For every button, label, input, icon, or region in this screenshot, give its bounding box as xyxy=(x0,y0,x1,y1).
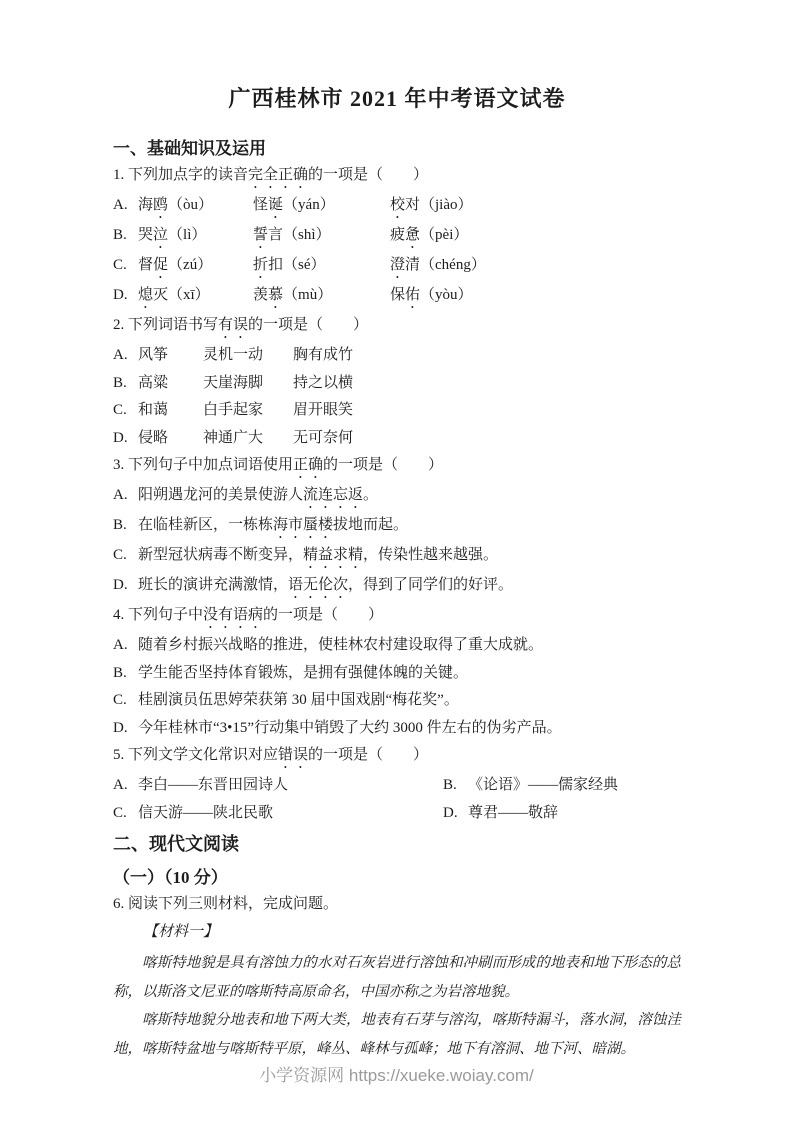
stem-text: 5. 下列文学文化常识对应 xyxy=(113,747,278,763)
option-cell: 保佑（yòu） xyxy=(390,282,473,312)
section-1-heading: 一、基础知识及运用 xyxy=(113,136,681,162)
word: 言（shì） xyxy=(268,227,331,243)
sentence: 班长的演讲充满激情， xyxy=(138,577,288,593)
stem-text: 1. 下列加点字的读音 xyxy=(113,167,248,183)
q1-option-c: C.督促（zú） 折扣（sé） 澄清（chéng） xyxy=(113,252,681,282)
word: 怪 xyxy=(253,197,268,213)
emphasized-text: 正确 xyxy=(293,457,323,473)
word: （yòu） xyxy=(420,287,473,303)
q5-option-b: B.《论语》——儒家经典 xyxy=(443,772,618,800)
option-label: B. xyxy=(113,222,138,250)
sentence: 今年桂林市“3•15”行动集中销毁了大约 3000 件左右的伪劣产品。 xyxy=(138,720,562,736)
option-label: C. xyxy=(113,542,138,570)
stem-text: 的一项是（ ） xyxy=(323,457,443,473)
option-label: B. xyxy=(113,370,138,398)
stem-text: 2. 下列词语书写 xyxy=(113,317,218,333)
option-label: D. xyxy=(443,800,468,828)
stem-text: 4. 下列句子中 xyxy=(113,607,203,623)
word: 疲 xyxy=(390,227,405,243)
word: 对（jiào） xyxy=(405,197,473,213)
word: （mù） xyxy=(283,287,332,303)
pair-text: 李白——东晋田园诗人 xyxy=(138,777,288,793)
q4-option-d: D.今年桂林市“3•15”行动集中销毁了大约 3000 件左右的伪劣产品。 xyxy=(113,715,681,743)
word: （òu） xyxy=(168,197,213,213)
sentence: 新型冠状病毒不断变异， xyxy=(138,547,303,563)
exam-paper-page: 广西桂林市 2021 年中考语文试卷 一、基础知识及运用 1. 下列加点字的读音… xyxy=(0,0,793,1122)
sentence: 。 xyxy=(363,487,378,503)
word: （zú） xyxy=(168,257,212,273)
dotted-char: 折 xyxy=(253,257,268,273)
option-label: B. xyxy=(113,512,138,540)
sentence: ，传染性越来越强。 xyxy=(363,547,498,563)
option-cell: D.侵略 xyxy=(113,425,203,453)
q1-option-b: B.哭泣（lì） 誓言（shì） 疲惫（pèi） xyxy=(113,222,681,252)
question-1-stem: 1. 下列加点字的读音完全正确的一项是（ ） xyxy=(113,162,681,192)
option-label: D. xyxy=(113,572,138,600)
option-cell: 持之以横 xyxy=(293,370,353,398)
q5-options-row-2: C.信天游——陕北民歌 D.尊君——敬辞 xyxy=(113,800,681,828)
q3-option-b: B.在临桂新区，一栋栋海市蜃楼拔地而起。 xyxy=(113,512,681,542)
q1-option-a: A.海鸥（òu） 怪诞（yán） 校对（jiào） xyxy=(113,192,681,222)
option-label: A. xyxy=(113,772,138,800)
q4-option-c: C.桂剧演员伍思婷荣获第 30 届中国戏剧“梅花奖”。 xyxy=(113,687,681,715)
option-cell: 校对（jiào） xyxy=(390,192,473,222)
dotted-char: 诞 xyxy=(268,197,283,213)
option-cell: C.和蔼 xyxy=(113,397,203,425)
question-5-stem: 5. 下列文学文化常识对应错误的一项是（ ） xyxy=(113,742,681,772)
option-label: C. xyxy=(113,252,138,280)
option-cell: B.高粱 xyxy=(113,370,203,398)
dotted-char: 泣 xyxy=(153,227,168,243)
question-3-stem: 3. 下列句子中加点词语使用正确的一项是（ ） xyxy=(113,452,681,482)
word: 和蔼 xyxy=(138,402,168,418)
word: 督 xyxy=(138,257,153,273)
watermark-footer: 小学资源网 https://xueke.woiay.com/ xyxy=(0,1061,793,1086)
dotted-char: 佑 xyxy=(405,287,420,303)
emphasized-text: 有误 xyxy=(218,317,248,333)
word: 扣（sé） xyxy=(268,257,326,273)
word: 风筝 xyxy=(138,347,168,363)
page-title: 广西桂林市 2021 年中考语文试卷 xyxy=(113,84,681,114)
word: 哭 xyxy=(138,227,153,243)
sentence: 阳朔遇龙河的美景使游人 xyxy=(138,487,303,503)
pair-text: 《论语》——儒家经典 xyxy=(468,777,618,793)
q2-option-c: C.和蔼 白手起家 眉开眼笑 xyxy=(113,397,681,425)
option-label: D. xyxy=(113,715,138,743)
dotted-idiom: 流连忘返 xyxy=(303,487,363,503)
option-label: B. xyxy=(113,660,138,688)
option-cell: 疲惫（pèi） xyxy=(390,222,468,252)
word: （pèi） xyxy=(420,227,468,243)
dotted-char: 校 xyxy=(390,197,405,213)
option-cell: 怪诞（yán） xyxy=(253,192,390,222)
q2-option-b: B.高粱 天崖海脚 持之以横 xyxy=(113,370,681,398)
q4-option-a: A.随着乡村振兴战略的推进，使桂林农村建设取得了重大成就。 xyxy=(113,632,681,660)
dotted-char: 惫 xyxy=(405,227,420,243)
word: 羡 xyxy=(253,287,268,303)
sentence: 拔地而起。 xyxy=(333,517,408,533)
option-cell: 无可奈何 xyxy=(293,425,353,453)
option-label: D. xyxy=(113,425,138,453)
word: 保 xyxy=(390,287,405,303)
q3-option-c: C.新型冠状病毒不断变异，精益求精，传染性越来越强。 xyxy=(113,542,681,572)
q4-option-b: B.学生能否坚持体育锻炼，是拥有强健体魄的关键。 xyxy=(113,660,681,688)
word: （lì） xyxy=(168,227,206,243)
option-cell: A.海鸥（òu） xyxy=(113,192,253,222)
word: 侵略 xyxy=(138,430,168,446)
dotted-char: 澄 xyxy=(390,257,405,273)
q5-option-a: A.李白——东晋田园诗人 xyxy=(113,772,443,800)
option-label: A. xyxy=(113,632,138,660)
section-2-heading: 二、现代文阅读 xyxy=(113,831,681,857)
section-2-subheading: （一）（10 分） xyxy=(113,865,681,891)
option-label: A. xyxy=(113,482,138,510)
stem-text: 的一项是（ ） xyxy=(263,607,383,623)
stem-text: 的一项是（ ） xyxy=(308,747,428,763)
stem-text: 3. 下列句子中加点词语使用 xyxy=(113,457,293,473)
question-2-stem: 2. 下列词语书写有误的一项是（ ） xyxy=(113,312,681,342)
sentence: 学生能否坚持体育锻炼，是拥有强健体魄的关键。 xyxy=(138,665,468,681)
dotted-idiom: 精益求精 xyxy=(303,547,363,563)
sentence: ，得到了同学们的好评。 xyxy=(348,577,513,593)
dotted-char: 鸥 xyxy=(153,197,168,213)
option-label: B. xyxy=(443,772,468,800)
q5-option-c: C.信天游——陕北民歌 xyxy=(113,800,443,828)
dotted-char: 慕 xyxy=(268,287,283,303)
sentence: 在临桂新区，一栋栋 xyxy=(138,517,273,533)
option-cell: 眉开眼笑 xyxy=(293,397,353,425)
q5-options-row-1: A.李白——东晋田园诗人 B.《论语》——儒家经典 xyxy=(113,772,681,800)
option-cell: 白手起家 xyxy=(203,397,293,425)
emphasized-text: 完全正确 xyxy=(248,167,308,183)
sentence: 随着乡村振兴战略的推进，使桂林农村建设取得了重大成就。 xyxy=(138,637,543,653)
dotted-char: 熄 xyxy=(138,287,153,303)
pair-text: 信天游——陕北民歌 xyxy=(138,805,273,821)
dotted-idiom: 海市蜃楼 xyxy=(273,517,333,533)
material-1-paragraph-1: 喀斯特地貌是具有溶蚀力的水对石灰岩进行溶蚀和冲刷而形成的地表和地下形态的总称，以… xyxy=(113,949,681,1006)
q5-option-d: D.尊君——敬辞 xyxy=(443,800,558,828)
option-label: A. xyxy=(113,342,138,370)
option-cell: C.督促（zú） xyxy=(113,252,253,282)
question-4-stem: 4. 下列句子中没有语病的一项是（ ） xyxy=(113,602,681,632)
q2-option-a: A.风筝 灵机一动 胸有成竹 xyxy=(113,342,681,370)
q2-option-d: D.侵略 神通广大 无可奈何 xyxy=(113,425,681,453)
option-cell: 誓言（shì） xyxy=(253,222,390,252)
q3-option-d: D.班长的演讲充满激情，语无伦次，得到了同学们的好评。 xyxy=(113,572,681,602)
stem-text: 的一项是（ ） xyxy=(308,167,428,183)
question-6-stem: 6. 阅读下列三则材料，完成问题。 xyxy=(113,891,681,919)
dotted-char: 誓 xyxy=(253,227,268,243)
dotted-char: 促 xyxy=(153,257,168,273)
option-cell: B.哭泣（lì） xyxy=(113,222,253,252)
option-cell: A.风筝 xyxy=(113,342,203,370)
option-label: C. xyxy=(113,800,138,828)
sentence: 桂剧演员伍思婷荣获第 30 届中国戏剧“梅花奖”。 xyxy=(138,692,459,708)
word: 高粱 xyxy=(138,375,168,391)
material-1-label: 【材料一】 xyxy=(113,919,681,947)
option-cell: 胸有成竹 xyxy=(293,342,353,370)
dotted-idiom: 语无伦次 xyxy=(288,577,348,593)
word: 清（chéng） xyxy=(405,257,486,273)
option-cell: 天崖海脚 xyxy=(203,370,293,398)
stem-text: 的一项是（ ） xyxy=(248,317,368,333)
exam-content: 广西桂林市 2021 年中考语文试卷 一、基础知识及运用 1. 下列加点字的读音… xyxy=(0,84,793,1063)
material-1-paragraph-2: 喀斯特地貌分地表和地下两大类，地表有石芽与溶沟，喀斯特漏斗，落水洞，溶蚀洼地，喀… xyxy=(113,1006,681,1063)
pair-text: 尊君——敬辞 xyxy=(468,805,558,821)
option-cell: 灵机一动 xyxy=(203,342,293,370)
option-cell: 神通广大 xyxy=(203,425,293,453)
option-label: C. xyxy=(113,687,138,715)
option-cell: 澄清（chéng） xyxy=(390,252,486,282)
word: 海 xyxy=(138,197,153,213)
q1-option-d: D.熄灭（xī） 羡慕（mù） 保佑（yòu） xyxy=(113,282,681,312)
option-label: C. xyxy=(113,397,138,425)
word: 灭（xī） xyxy=(153,287,210,303)
option-label: D. xyxy=(113,282,138,310)
q3-option-a: A.阳朔遇龙河的美景使游人流连忘返。 xyxy=(113,482,681,512)
emphasized-text: 没有语病 xyxy=(203,607,263,623)
word: （yán） xyxy=(283,197,335,213)
option-cell: D.熄灭（xī） xyxy=(113,282,253,312)
option-cell: 折扣（sé） xyxy=(253,252,390,282)
emphasized-text: 错误 xyxy=(278,747,308,763)
option-cell: 羡慕（mù） xyxy=(253,282,390,312)
option-label: A. xyxy=(113,192,138,220)
